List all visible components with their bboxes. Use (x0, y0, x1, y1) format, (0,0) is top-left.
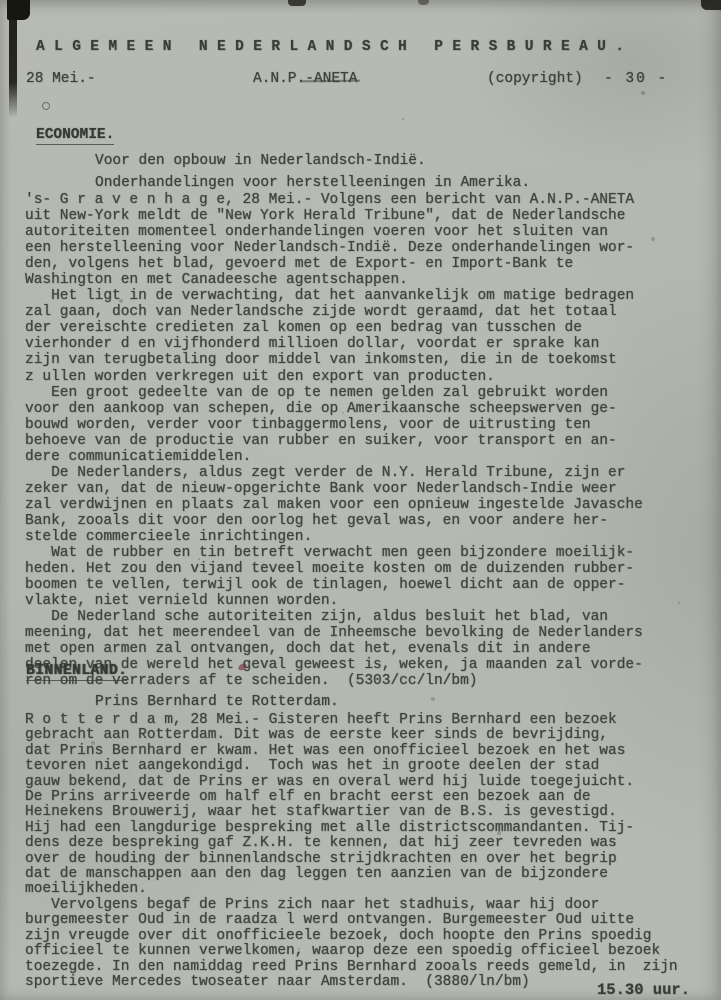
paragraph: Wat de rubber en tin betreft verwacht me… (25, 545, 715, 609)
document-page: A L G E M E E N N E D E R L A N D S C H … (0, 0, 721, 1000)
paper-speckles (0, 0, 2, 2)
agency-title: A L G E M E E N N E D E R L A N D S C H … (36, 39, 624, 55)
issue-time: 15.30 uur. (597, 981, 690, 999)
hole-punch-mark (42, 102, 50, 110)
binnenland-body: R o t t e r d a m, 28 Mei.- Gisteren hee… (25, 713, 719, 990)
copyright-notice: (copyright) (487, 71, 583, 87)
scan-mark-top-center (288, 0, 306, 6)
economie-body: 's- G r a v e n h a g e, 28 Mei.- Volgen… (25, 192, 715, 689)
headline-prins-bernhard: Prins Bernhard te Rotterdam. (95, 694, 339, 710)
paragraph: 's- G r a v e n h a g e, 28 Mei.- Volgen… (25, 192, 715, 288)
scan-mark-top-right-corner (701, 0, 721, 10)
subheadline-opbouw: Voor den opbouw in Nederlandsch-Indië. (95, 153, 426, 169)
scan-mark-top-small (418, 0, 429, 5)
scan-mark-top-left-corner (7, 0, 30, 20)
paragraph: Een groot gedeelte van de op te nemen ge… (25, 385, 715, 465)
paragraph: Vervolgens begaf de Prins zich naar het … (25, 898, 719, 990)
subheadline-onderhandelingen: Onderhandelingen voor herstelleeningen i… (95, 175, 530, 191)
paragraph: De Nederlanders, aldus zegt verder de N.… (25, 465, 715, 545)
section-label-binnenland: BINNENLAND. (26, 663, 127, 681)
section-label-economie: ECONOMIE. (36, 127, 114, 145)
issue-date: 28 Mei.- (26, 71, 96, 87)
paragraph: De Nederland sche autoriteiten zijn, ald… (25, 609, 715, 689)
page-number: - 30 - (604, 71, 668, 87)
paragraph: Het ligt in de verwachting, dat het aanv… (25, 288, 715, 384)
paragraph: R o t t e r d a m, 28 Mei.- Gisteren hee… (25, 713, 719, 898)
